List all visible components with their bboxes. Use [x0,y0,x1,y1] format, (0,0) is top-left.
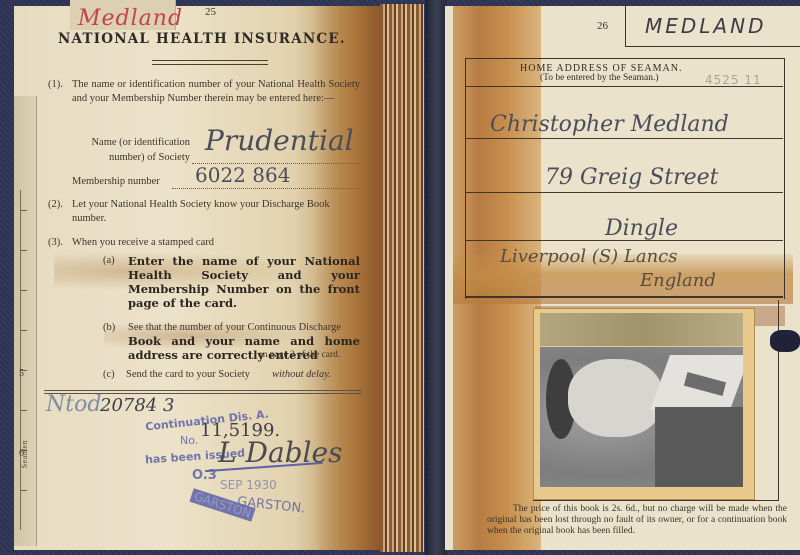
photo-top-strip [540,313,743,346]
vertical-margin-text: Seamen [20,440,29,468]
item-3b-text-plain: See that the number of your Continuous D… [128,321,360,335]
item-3c-emphasis: without delay. [272,368,331,382]
item-3-text: When you receive a stamped card [72,236,214,250]
page-number-right: 26 [597,20,608,32]
book-spine [425,0,447,555]
ruler-mark: 5 [19,368,24,379]
address-line-street: 79 Greig Street [545,165,719,190]
address-line-country: England [640,270,716,291]
item-3b-text-tail: on page 2 of the card. [258,349,340,363]
section-divider [44,390,362,391]
item-3b-label: (b) [103,321,115,335]
membership-number-value: 6022 864 [195,163,290,187]
ink-blot [770,330,800,352]
item-2-label: (2). [48,198,63,212]
seaman-photo [540,347,743,487]
item-3-label: (3). [48,236,63,250]
item-3c-label: (c) [103,368,115,382]
address-line-district: Dingle [605,216,678,241]
pencil-note: 4525 11 [705,73,762,87]
address-section-subtitle: (To be entered by the Seaman.) [540,73,659,83]
membership-label: Membership number [72,175,160,189]
address-line-name: Christopher Medland [490,112,729,137]
stamp-office-date: SEP 1930 [220,478,277,492]
page-number-left: 25 [205,6,216,18]
society-name-value: Prudential [205,124,354,157]
item-1-label: (1). [48,78,63,92]
item-3a-label: (a) [103,254,115,268]
item-2-text: Let your National Health Society know yo… [72,198,360,225]
society-label-1: Name (or identification [72,136,190,150]
society-label-2: number) of Society [72,151,190,165]
ruler-strip: 5 6 [20,190,35,530]
item-3c-text: Send the card to your Society [126,368,250,382]
title-rule [152,60,268,65]
surname-value: MEDLAND [645,14,766,38]
stamp-office-1: O.3 [192,468,217,483]
stamp-no-label: No. [180,434,198,447]
handwritten-surname: Medland [78,6,183,31]
price-note: The price of this book is 2s. 6d., but n… [487,504,787,537]
page-block-edges [380,4,424,552]
address-line-city: Liverpool (S) Lancs [500,246,678,267]
page-title: NATIONAL HEALTH INSURANCE. [58,31,346,47]
handwritten-prefix: Ntod [46,392,101,417]
item-3a-text: Enter the name of your National Health S… [128,254,360,310]
item-1-text: The name or identification number of you… [72,78,360,105]
handwritten-reference: 20784 3 [100,395,174,416]
